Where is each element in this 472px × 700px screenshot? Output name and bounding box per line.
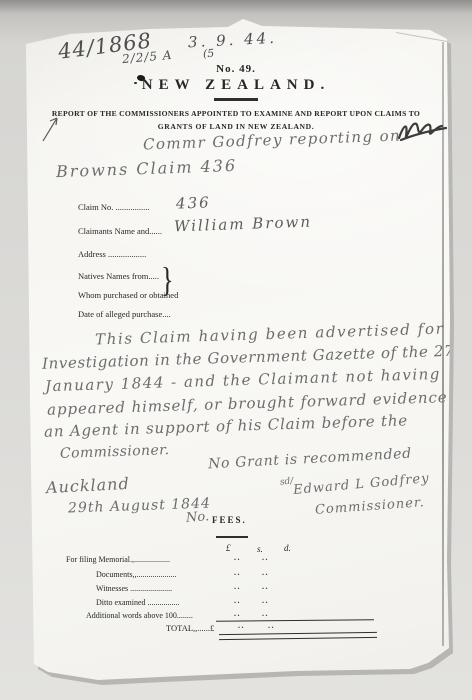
date-annotation: 3. 9. 44. [188,31,278,51]
document-paper: 44/1868 2/2/5 A (5 3. 9. 44. No. 49. NEW… [0,0,472,700]
report-subtitle-line1: REPORT OF THE COMMISSIONERS APPOINTED TO… [26,110,446,118]
claimants-name-value: William Brown [174,215,312,235]
claim-no-label: Claim No. ................ [78,203,150,212]
fee-row-pounds-0: .. [234,554,241,562]
body-line-6: Commissioner. [60,443,170,461]
fee-row-label-1: Documents,,.................... [96,571,176,579]
country-title: NEW ZEALAND. [26,78,446,93]
total-rule-bottom [219,632,377,640]
fees-rule [216,536,248,538]
claimants-name-label: Claimants Name and...... [78,227,162,236]
scan-background: 44/1868 2/2/5 A (5 3. 9. 44. No. 49. NEW… [0,0,472,700]
body-line-5: an Agent in support of his Claim before … [44,413,408,439]
fee-row-pounds-1: .. [234,569,241,577]
fee-row-label-0: For filing Memorial.,.................. [66,556,170,564]
ink-scribble [396,118,450,144]
fee-row-pounds-4: .. [234,610,241,618]
title-rule [214,98,258,101]
address-label: Address .................. [78,250,146,259]
fee-row-label-2: Witnesses ..................... [96,585,172,593]
subject-annotation-line1: Commr Godfrey reporting on [143,128,402,152]
field-brace: } [161,263,173,298]
col-header-pounds: £ [226,544,231,553]
fee-row-shillings-3: .. [262,597,269,605]
fee-row-pounds-3: .. [234,597,241,605]
doc-number: No. 49. [26,64,446,75]
col-header-pence: d. [284,544,291,553]
fee-row-label-3: Ditto examined ................ [96,599,180,607]
fee-row-shillings-2: .. [262,583,269,591]
signature: Edward L Godfrey [293,472,430,497]
fee-row-pounds-2: .. [234,583,241,591]
total-pounds: .. [238,622,245,630]
date-purchase-label: Date of alleged purchase.... [78,310,171,319]
fees-no-annotation: No. [186,510,210,525]
total-shillings: .. [268,622,275,630]
fee-row-shillings-4: .. [262,610,269,618]
signature-title: Commissioner. [315,496,426,517]
corner-fold-line [396,32,449,42]
fee-row-label-4: Additional words above 100........ [86,612,193,620]
fee-row-shillings-1: .. [262,569,269,577]
body-line-4: appeared himself, or brought forward evi… [47,389,472,417]
subject-annotation-line2: Browns Claim 436 [56,158,238,180]
verdict-annotation: No Grant is recommended [208,447,412,472]
file-reference-annotation: 2/2/5 A [122,49,173,65]
place-annotation: Auckland [46,476,130,496]
fee-row-shillings-0: .. [262,554,269,562]
fees-heading: FEES. [212,516,247,525]
total-label: TOTAL,,......£ [166,624,214,633]
claim-no-value: 436 [176,195,211,211]
natives-names-label: Natives Names from..... [78,272,159,281]
